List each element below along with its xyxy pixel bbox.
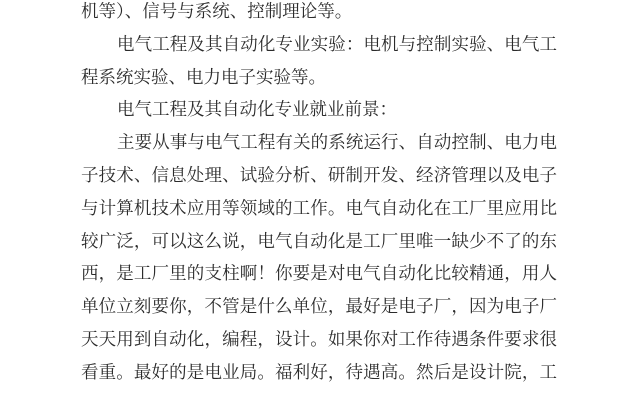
text-line: 机等）、信号与系统、控制理论等。 — [81, 0, 557, 28]
text-line: 主要从事与电气工程有关的系统运行、自动控制、电力电 — [81, 126, 557, 159]
text-line: 电气工程及其自动化专业实验：电机与控制实验、电气工 — [81, 28, 557, 61]
text-line: 单位立刻要你，不管是什么单位，最好是电子厂，因为电子厂 — [81, 290, 557, 323]
page-text: 机等）、信号与系统、控制理论等。电气工程及其自动化专业实验：电机与控制实验、电气… — [81, 0, 557, 389]
text-line: 与计算机技术应用等领域的工作。电气自动化在工厂里应用比 — [81, 192, 557, 225]
text-line: 电气工程及其自动化专业就业前景： — [81, 93, 557, 126]
text-line: 看重。最好的是电业局。福利好，待遇高。然后是设计院，工 — [81, 356, 557, 389]
text-line: 西，是工厂里的支柱啊！你要是对电气自动化比较精通，用人 — [81, 257, 557, 290]
text-line: 程系统实验、电力电子实验等。 — [81, 61, 557, 94]
document-page: 机等）、信号与系统、控制理论等。电气工程及其自动化专业实验：电机与控制实验、电气… — [0, 0, 640, 400]
text-line: 天天用到自动化，编程，设计。如果你对工作待遇条件要求很 — [81, 323, 557, 356]
text-line: 较广泛，可以这么说，电气自动化是工厂里唯一缺少不了的东 — [81, 225, 557, 258]
text-line: 子技术、信息处理、试验分析、研制开发、经济管理以及电子 — [81, 159, 557, 192]
